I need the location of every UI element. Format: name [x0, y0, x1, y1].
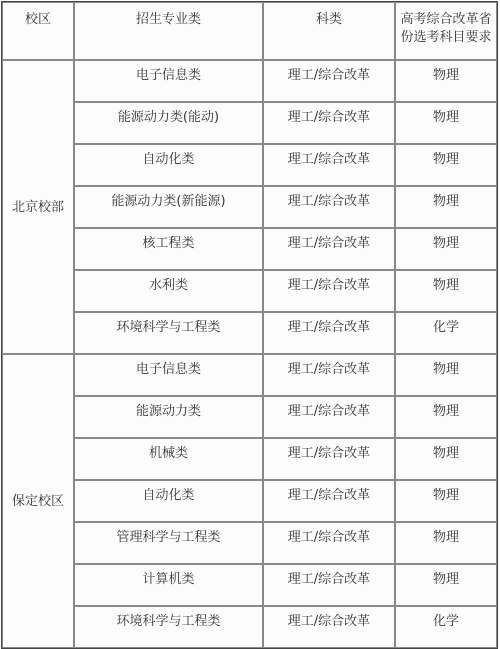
major-cell: 电子信息类	[74, 354, 263, 396]
table-row: 环境科学与工程类 理工/综合改革 化学	[2, 606, 497, 648]
table-row: 管理科学与工程类 理工/综合改革 物理	[2, 522, 497, 564]
requirement-cell: 化学	[395, 606, 497, 648]
table-row: 能源动力类(新能源) 理工/综合改革 物理	[2, 186, 497, 228]
table-row: 环境科学与工程类 理工/综合改革 化学	[2, 312, 497, 354]
table-row: 北京校部 电子信息类 理工/综合改革 物理	[2, 60, 497, 102]
subject-cell: 理工/综合改革	[263, 270, 395, 312]
table-row: 计算机类 理工/综合改革 物理	[2, 564, 497, 606]
requirement-cell: 物理	[395, 354, 497, 396]
header-major-category: 招生专业类	[74, 2, 263, 60]
subject-cell: 理工/综合改革	[263, 354, 395, 396]
page: 校区 招生专业类 科类 高考综合改革省份选考科目要求 北京校部 电子信息类 理工…	[0, 0, 500, 648]
requirement-cell: 物理	[395, 270, 497, 312]
requirement-cell: 物理	[395, 522, 497, 564]
header-subject-type: 科类	[263, 2, 395, 60]
subject-cell: 理工/综合改革	[263, 228, 395, 270]
subject-cell: 理工/综合改革	[263, 438, 395, 480]
table-row: 能源动力类 理工/综合改革 物理	[2, 396, 497, 438]
subject-cell: 理工/综合改革	[263, 564, 395, 606]
subject-cell: 理工/综合改革	[263, 480, 395, 522]
major-cell: 电子信息类	[74, 60, 263, 102]
table-row: 能源动力类(能动) 理工/综合改革 物理	[2, 102, 497, 144]
major-cell: 能源动力类	[74, 396, 263, 438]
table-row: 水利类 理工/综合改革 物理	[2, 270, 497, 312]
subject-cell: 理工/综合改革	[263, 60, 395, 102]
requirement-cell: 物理	[395, 102, 497, 144]
campus-cell-baoding: 保定校区	[2, 354, 74, 648]
table-row: 自动化类 理工/综合改革 物理	[2, 144, 497, 186]
major-cell: 能源动力类(能动)	[74, 102, 263, 144]
admissions-table: 校区 招生专业类 科类 高考综合改革省份选考科目要求 北京校部 电子信息类 理工…	[1, 1, 498, 649]
major-cell: 机械类	[74, 438, 263, 480]
major-cell: 自动化类	[74, 480, 263, 522]
major-cell: 环境科学与工程类	[74, 606, 263, 648]
subject-cell: 理工/综合改革	[263, 312, 395, 354]
header-exam-requirement: 高考综合改革省份选考科目要求	[395, 2, 497, 60]
requirement-cell: 物理	[395, 396, 497, 438]
subject-cell: 理工/综合改革	[263, 396, 395, 438]
subject-cell: 理工/综合改革	[263, 186, 395, 228]
major-cell: 自动化类	[74, 144, 263, 186]
subject-cell: 理工/综合改革	[263, 606, 395, 648]
major-cell: 能源动力类(新能源)	[74, 186, 263, 228]
table-row: 保定校区 电子信息类 理工/综合改革 物理	[2, 354, 497, 396]
subject-cell: 理工/综合改革	[263, 144, 395, 186]
requirement-cell: 物理	[395, 480, 497, 522]
major-cell: 管理科学与工程类	[74, 522, 263, 564]
subject-cell: 理工/综合改革	[263, 102, 395, 144]
header-campus: 校区	[2, 2, 74, 60]
requirement-cell: 物理	[395, 564, 497, 606]
major-cell: 水利类	[74, 270, 263, 312]
subject-cell: 理工/综合改革	[263, 522, 395, 564]
header-row: 校区 招生专业类 科类 高考综合改革省份选考科目要求	[2, 2, 497, 60]
table-row: 机械类 理工/综合改革 物理	[2, 438, 497, 480]
campus-cell-beijing: 北京校部	[2, 60, 74, 354]
requirement-cell: 化学	[395, 312, 497, 354]
requirement-cell: 物理	[395, 228, 497, 270]
major-cell: 核工程类	[74, 228, 263, 270]
requirement-cell: 物理	[395, 438, 497, 480]
requirement-cell: 物理	[395, 186, 497, 228]
table-row: 自动化类 理工/综合改革 物理	[2, 480, 497, 522]
major-cell: 环境科学与工程类	[74, 312, 263, 354]
major-cell: 计算机类	[74, 564, 263, 606]
requirement-cell: 物理	[395, 60, 497, 102]
table-row: 核工程类 理工/综合改革 物理	[2, 228, 497, 270]
requirement-cell: 物理	[395, 144, 497, 186]
